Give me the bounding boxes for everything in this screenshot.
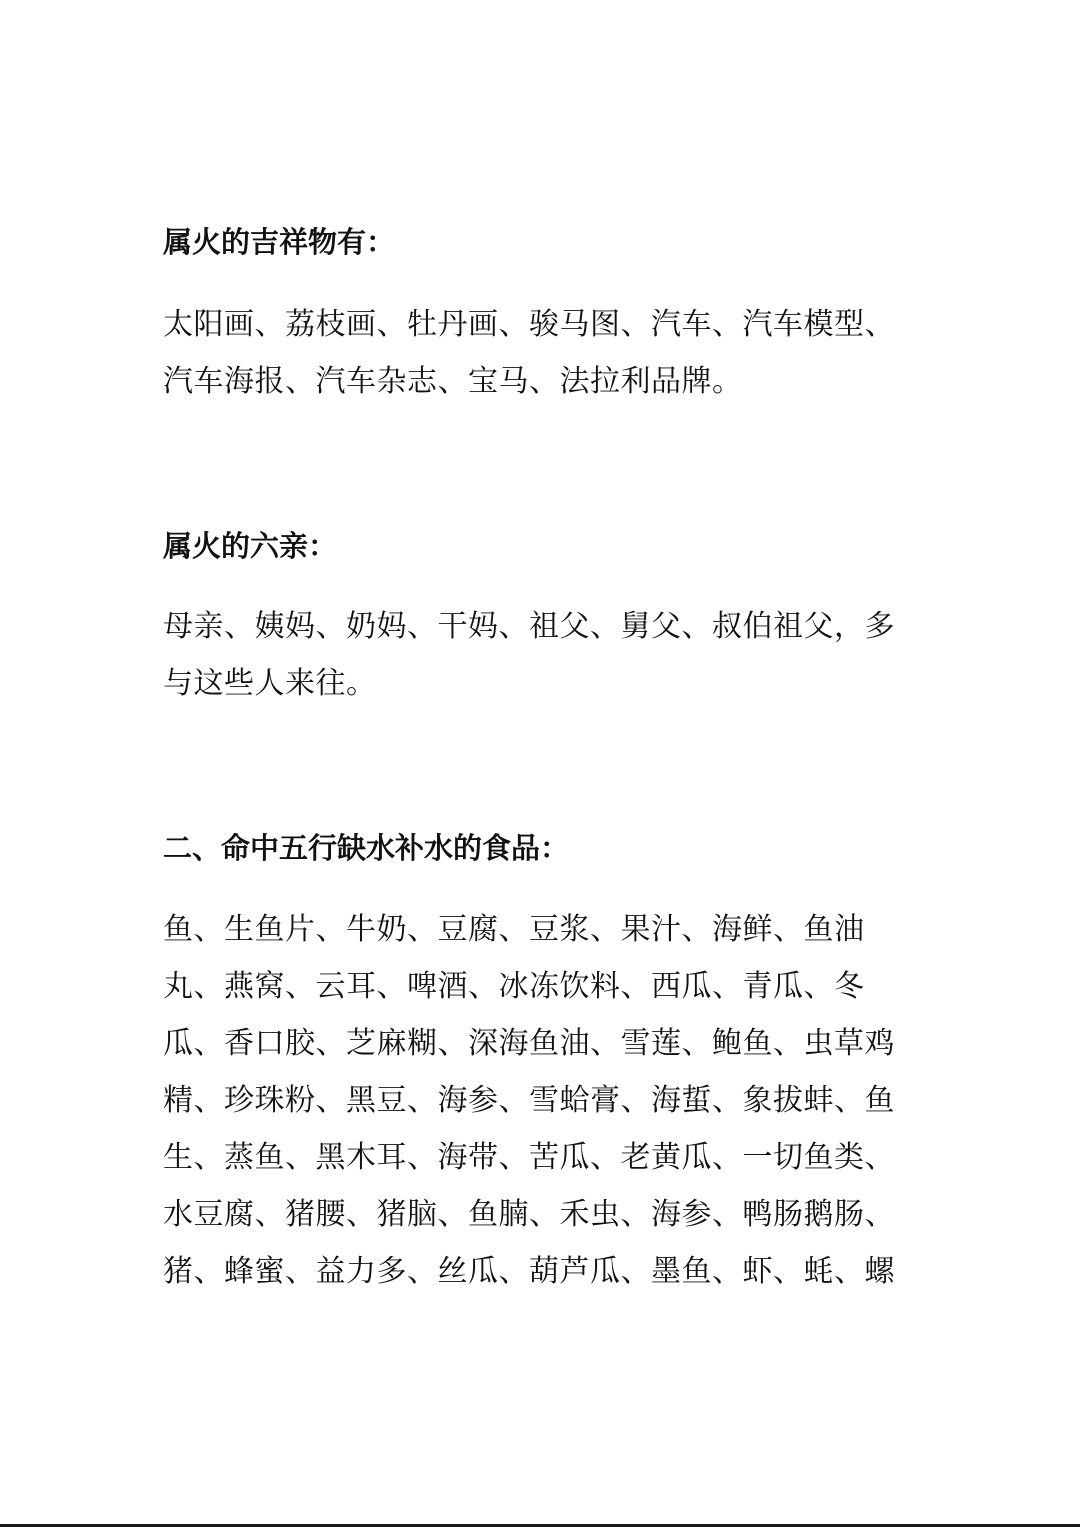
section-heading-water-foods: 二、命中五行缺水补水的食品：: [163, 828, 569, 868]
section-heading-fire-mascots: 属火的吉祥物有：: [163, 222, 395, 262]
section-heading-fire-relatives: 属火的六亲：: [163, 526, 337, 566]
section-body-fire-mascots: 太阳画、荔枝画、牡丹画、骏马图、汽车、汽车模型、汽车海报、汽车杂志、宝马、法拉利…: [163, 296, 903, 410]
section-body-water-foods: 鱼、生鱼片、牛奶、豆腐、豆浆、果汁、海鲜、鱼油丸、燕窝、云耳、啤酒、冰冻饮料、西…: [163, 901, 903, 1300]
section-body-fire-relatives: 母亲、姨妈、奶妈、干妈、祖父、舅父、叔伯祖父，多与这些人来往。: [163, 598, 903, 712]
